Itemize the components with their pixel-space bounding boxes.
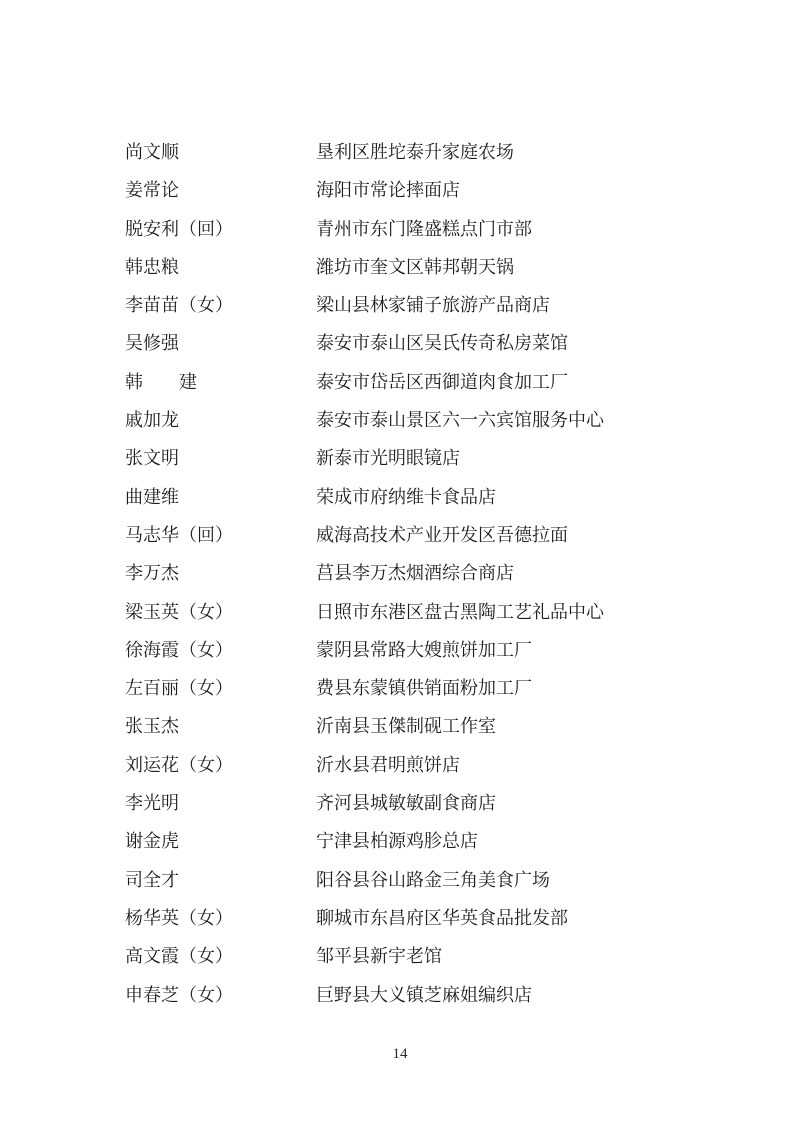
person-name: 脱安利（回） [125, 220, 316, 239]
business-name: 海阳市常论摔面店 [316, 181, 460, 200]
person-name: 司全才 [125, 871, 316, 890]
business-name: 潍坊市奎文区韩邦朝天锅 [316, 258, 514, 277]
table-row: 张玉杰 沂南县玉傑制砚工作室 [125, 717, 760, 755]
table-row: 杨华英（女） 聊城市东昌府区华英食品批发部 [125, 909, 760, 947]
person-name: 李万杰 [125, 564, 316, 583]
table-row: 尚文顺 垦利区胜坨泰升家庭农场 [125, 143, 760, 181]
table-row: 曲建维 荣成市府纳维卡食品店 [125, 488, 760, 526]
table-row: 李光明 齐河县城敏敏副食商店 [125, 794, 760, 832]
business-name: 莒县李万杰烟酒综合商店 [316, 564, 514, 583]
business-name: 新泰市光明眼镜店 [316, 449, 460, 468]
table-row: 戚加龙 泰安市泰山景区六一六宾馆服务中心 [125, 411, 760, 449]
table-row: 徐海霞（女） 蒙阴县常路大嫂煎饼加工厂 [125, 641, 760, 679]
table-row: 吴修强 泰安市泰山区吴氏传奇私房菜馆 [125, 334, 760, 372]
table-row: 司全才 阳谷县谷山路金三角美食广场 [125, 871, 760, 909]
person-name: 马志华（回） [125, 526, 316, 545]
business-name: 垦利区胜坨泰升家庭农场 [316, 143, 514, 162]
business-name: 泰安市泰山区吴氏传奇私房菜馆 [316, 334, 568, 353]
person-name: 高文霞（女） [125, 947, 316, 966]
page-number: 14 [0, 1047, 800, 1062]
business-name: 泰安市岱岳区西御道肉食加工厂 [316, 373, 568, 392]
recipient-list: 尚文顺 垦利区胜坨泰升家庭农场 姜常论 海阳市常论摔面店 脱安利（回） 青州市东… [125, 143, 760, 1024]
person-name: 刘运花（女） [125, 756, 316, 775]
person-name: 张玉杰 [125, 717, 316, 736]
table-row: 申春芝（女） 巨野县大义镇芝麻姐编织店 [125, 986, 760, 1024]
business-name: 泰安市泰山景区六一六宾馆服务中心 [316, 411, 604, 430]
table-row: 梁玉英（女） 日照市东港区盘古黑陶工艺礼品中心 [125, 603, 760, 641]
table-row: 李苗苗（女） 梁山县林家铺子旅游产品商店 [125, 296, 760, 334]
table-row: 谢金虎 宁津县柏源鸡胗总店 [125, 832, 760, 870]
business-name: 费县东蒙镇供销面粉加工厂 [316, 679, 532, 698]
person-name: 姜常论 [125, 181, 316, 200]
business-name: 梁山县林家铺子旅游产品商店 [316, 296, 550, 315]
table-row: 韩忠粮 潍坊市奎文区韩邦朝天锅 [125, 258, 760, 296]
business-name: 齐河县城敏敏副食商店 [316, 794, 496, 813]
business-name: 日照市东港区盘古黑陶工艺礼品中心 [316, 603, 604, 622]
person-name: 左百丽（女） [125, 679, 316, 698]
person-name: 吴修强 [125, 334, 316, 353]
business-name: 邹平县新宇老馆 [316, 947, 442, 966]
person-name: 申春芝（女） [125, 986, 316, 1005]
business-name: 蒙阴县常路大嫂煎饼加工厂 [316, 641, 532, 660]
person-name: 韩 建 [125, 373, 316, 392]
person-name: 李光明 [125, 794, 316, 813]
person-name: 李苗苗（女） [125, 296, 316, 315]
person-name: 尚文顺 [125, 143, 316, 162]
table-row: 张文明 新泰市光明眼镜店 [125, 449, 760, 487]
table-row: 脱安利（回） 青州市东门隆盛糕点门市部 [125, 220, 760, 258]
business-name: 威海高技术产业开发区吾德拉面 [316, 526, 568, 545]
business-name: 巨野县大义镇芝麻姐编织店 [316, 986, 532, 1005]
business-name: 荣成市府纳维卡食品店 [316, 488, 496, 507]
document-page: 尚文顺 垦利区胜坨泰升家庭农场 姜常论 海阳市常论摔面店 脱安利（回） 青州市东… [0, 0, 800, 1131]
business-name: 沂水县君明煎饼店 [316, 756, 460, 775]
person-name: 曲建维 [125, 488, 316, 507]
table-row: 马志华（回） 威海高技术产业开发区吾德拉面 [125, 526, 760, 564]
person-name: 张文明 [125, 449, 316, 468]
person-name: 徐海霞（女） [125, 641, 316, 660]
table-row: 姜常论 海阳市常论摔面店 [125, 181, 760, 219]
business-name: 阳谷县谷山路金三角美食广场 [316, 871, 550, 890]
person-name: 梁玉英（女） [125, 603, 316, 622]
table-row: 高文霞（女） 邹平县新宇老馆 [125, 947, 760, 985]
person-name: 谢金虎 [125, 832, 316, 851]
table-row: 韩 建 泰安市岱岳区西御道肉食加工厂 [125, 373, 760, 411]
person-name: 杨华英（女） [125, 909, 316, 928]
business-name: 青州市东门隆盛糕点门市部 [316, 220, 532, 239]
business-name: 沂南县玉傑制砚工作室 [316, 717, 496, 736]
table-row: 刘运花（女） 沂水县君明煎饼店 [125, 756, 760, 794]
business-name: 聊城市东昌府区华英食品批发部 [316, 909, 568, 928]
table-row: 李万杰 莒县李万杰烟酒综合商店 [125, 564, 760, 602]
table-row: 左百丽（女） 费县东蒙镇供销面粉加工厂 [125, 679, 760, 717]
person-name: 韩忠粮 [125, 258, 316, 277]
business-name: 宁津县柏源鸡胗总店 [316, 832, 478, 851]
person-name: 戚加龙 [125, 411, 316, 430]
